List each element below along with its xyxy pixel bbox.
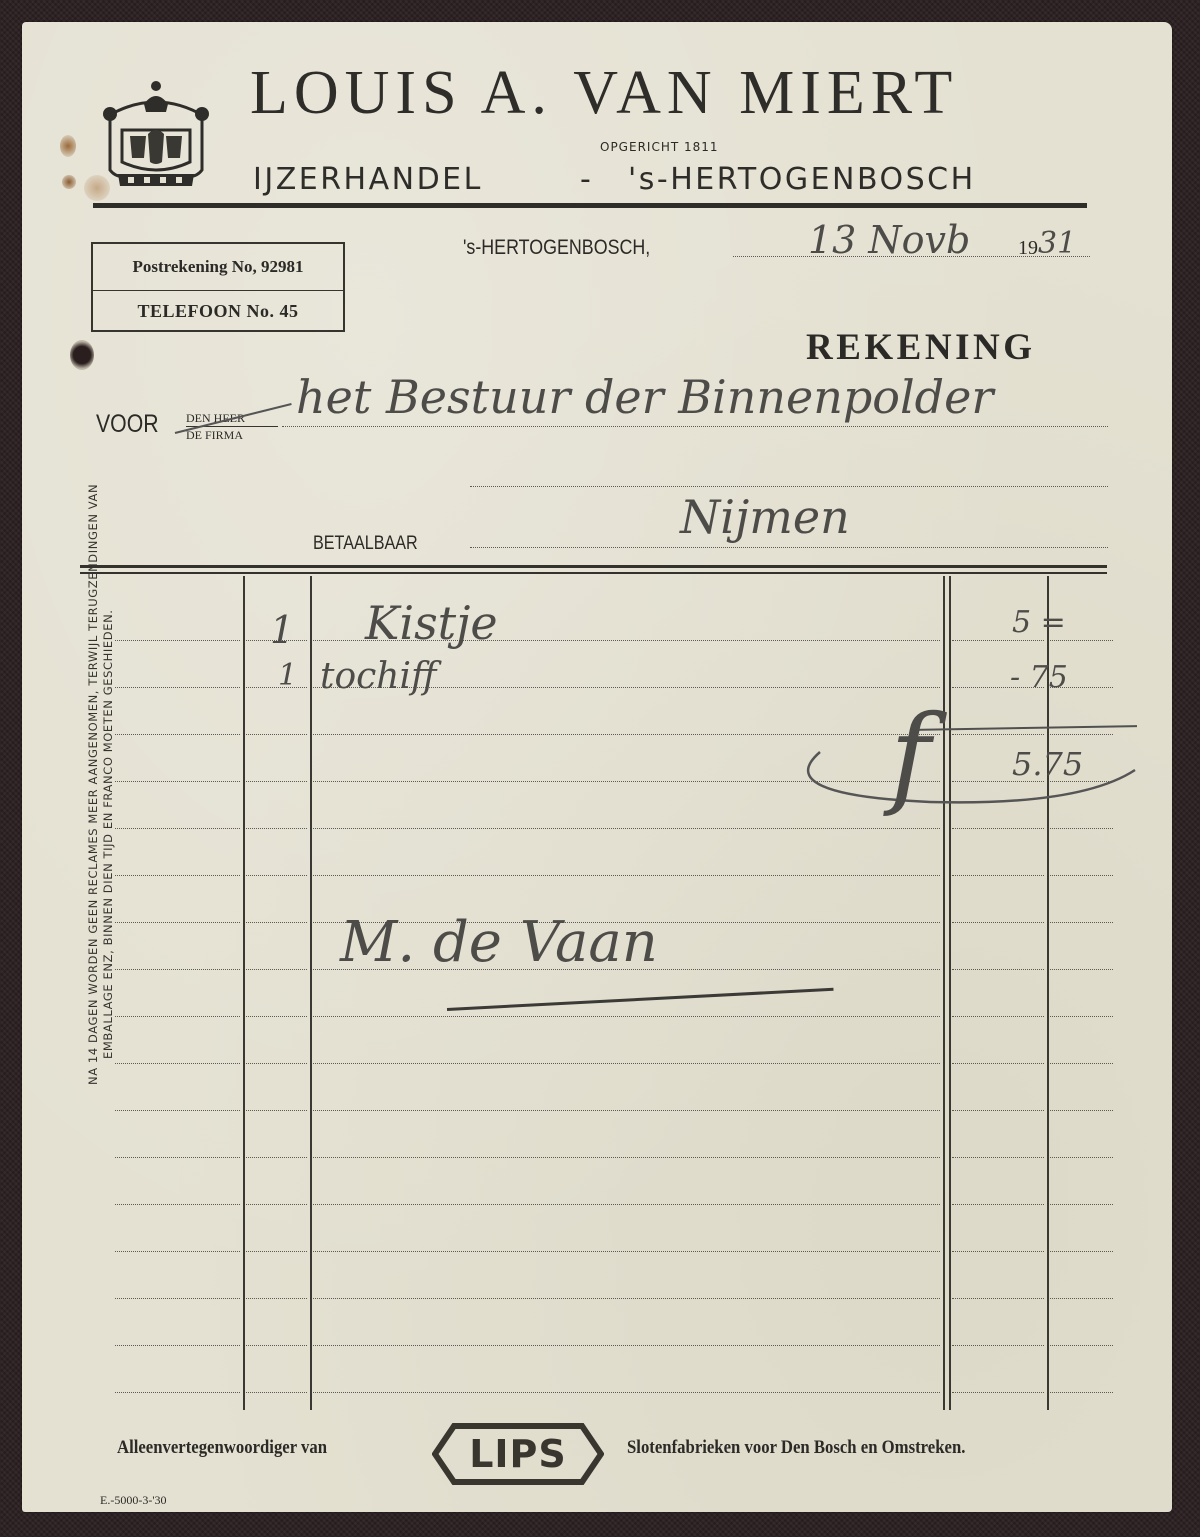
- table-row-dotted-line: [1050, 922, 1113, 923]
- table-row-dotted-line: [313, 1392, 940, 1393]
- table-row-dotted-line: [246, 1392, 307, 1393]
- handwritten-location: Nijmen: [680, 490, 850, 544]
- table-row-dotted-line: [115, 1204, 240, 1205]
- table-row-dotted-line: [115, 1392, 240, 1393]
- table-row-dotted-line: [246, 875, 307, 876]
- lips-logo: LIPS: [432, 1423, 604, 1485]
- handwritten-recipient-name: het Bestuur der Binnenpolder: [296, 370, 993, 424]
- table-row-dotted-line: [313, 1157, 940, 1158]
- table-row-dotted-line: [115, 1016, 240, 1017]
- table-row-dotted-line: [1050, 1016, 1113, 1017]
- table-row-dotted-line: [246, 828, 307, 829]
- table-row-dotted-line: [115, 1063, 240, 1064]
- item-1-quantity: 1: [270, 608, 294, 652]
- table-row-dotted-line: [115, 1298, 240, 1299]
- table-row-dotted-line: [246, 781, 307, 782]
- table-row-dotted-line: [115, 734, 240, 735]
- table-row-dotted-line: [313, 1298, 940, 1299]
- handwritten-year: 31: [1038, 226, 1076, 261]
- lock-factories-text: Slotenfabrieken voor Den Bosch en Omstre…: [627, 1437, 965, 1459]
- table-row-dotted-line: [246, 969, 307, 970]
- table-top-rule: [80, 565, 1107, 568]
- returns-policy-note: NA 14 DAGEN WORDEN GEEN RECLAMES MEER AA…: [86, 585, 116, 1085]
- table-row-dotted-line: [115, 781, 240, 782]
- rust-stain: [60, 135, 76, 157]
- table-row-dotted-line: [952, 875, 1044, 876]
- table-row-dotted-line: [952, 1157, 1044, 1158]
- description-column-divider: [310, 576, 312, 1410]
- document-title: REKENING: [806, 326, 1035, 369]
- postal-account-number: Postrekening No, 92981: [93, 244, 343, 291]
- table-row-dotted-line: [246, 1298, 307, 1299]
- item-1-amount: 5 =: [1012, 605, 1066, 640]
- table-row-dotted-line: [1050, 969, 1113, 970]
- payable-dotted-line: [470, 547, 1108, 548]
- table-row-dotted-line: [246, 687, 307, 688]
- amount-column-divider: [943, 576, 945, 1410]
- table-row-dotted-line: [115, 922, 240, 923]
- rust-stain: [62, 175, 76, 189]
- trade-description: IJZERHANDEL: [253, 162, 483, 197]
- account-info-box: Postrekening No, 92981 TELEFOON No. 45: [91, 242, 345, 332]
- table-row-dotted-line: [313, 828, 940, 829]
- table-row-dotted-line: [952, 1063, 1044, 1064]
- print-run-code: E.-5000-3-'30: [100, 1493, 166, 1508]
- table-row-dotted-line: [115, 1110, 240, 1111]
- handwritten-date: 13 Novb: [808, 218, 970, 262]
- table-row-dotted-line: [952, 1251, 1044, 1252]
- payable-label: BETAALBAAR: [313, 533, 418, 555]
- recipient-option-de-firma: DE FIRMA: [186, 428, 243, 443]
- table-row-dotted-line: [952, 1016, 1044, 1017]
- table-row-dotted-line: [1050, 1157, 1113, 1158]
- table-row-dotted-line: [246, 1110, 307, 1111]
- table-row-dotted-line: [952, 1392, 1044, 1393]
- table-row-dotted-line: [952, 1110, 1044, 1111]
- table-row-dotted-line: [313, 1110, 940, 1111]
- table-row-dotted-line: [952, 1298, 1044, 1299]
- sole-representative-text: Alleenvertegenwoordiger van: [117, 1437, 327, 1459]
- total-amount: 5.75: [1012, 745, 1083, 783]
- header-separator: -: [580, 162, 591, 197]
- item-2-amount: - 75: [1010, 660, 1068, 695]
- table-row-dotted-line: [1050, 1345, 1113, 1346]
- table-row-dotted-line: [313, 1204, 940, 1205]
- table-row-dotted-line: [1050, 1110, 1113, 1111]
- table-row-dotted-line: [246, 922, 307, 923]
- table-row-dotted-line: [313, 1345, 940, 1346]
- table-row-dotted-line: [246, 1345, 307, 1346]
- table-row-dotted-line: [1050, 640, 1113, 641]
- table-row-dotted-line: [952, 734, 1044, 735]
- table-row-dotted-line: [952, 828, 1044, 829]
- table-row-dotted-line: [952, 1204, 1044, 1205]
- royal-coat-of-arms-icon: [96, 78, 216, 190]
- table-row-dotted-line: [952, 922, 1044, 923]
- recipient-label: VOOR: [96, 410, 159, 439]
- punch-hole: [70, 340, 94, 370]
- table-row-dotted-line: [313, 734, 940, 735]
- table-row-dotted-line: [246, 1157, 307, 1158]
- table-row-dotted-line: [115, 1345, 240, 1346]
- table-row-dotted-line: [1050, 1204, 1113, 1205]
- returns-policy-line-2: EMBALLAGE ENZ, BINNEN DIEN TIJD EN FRANC…: [101, 585, 116, 1085]
- table-row-dotted-line: [313, 1063, 940, 1064]
- table-row-dotted-line: [1050, 875, 1113, 876]
- table-row-dotted-line: [246, 1204, 307, 1205]
- table-row-dotted-line: [115, 875, 240, 876]
- amount-column-divider-double: [949, 576, 951, 1410]
- returns-policy-line-1: NA 14 DAGEN WORDEN GEEN RECLAMES MEER AA…: [86, 585, 101, 1085]
- table-row-dotted-line: [1050, 1298, 1113, 1299]
- cents-column-divider: [1047, 576, 1049, 1410]
- table-row-dotted-line: [1050, 1063, 1113, 1064]
- table-row-dotted-line: [246, 1063, 307, 1064]
- table-row-dotted-line: [115, 687, 240, 688]
- date-year-prefix: 19: [1018, 237, 1038, 260]
- table-row-dotted-line: [952, 640, 1044, 641]
- recipient-dotted-line-2: [470, 486, 1108, 487]
- table-row-dotted-line: [115, 1157, 240, 1158]
- table-top-rule-thin: [80, 572, 1107, 574]
- table-row-dotted-line: [246, 1016, 307, 1017]
- company-city: 's-HERTOGENBOSCH: [628, 162, 976, 197]
- currency-florin-symbol: f: [890, 700, 931, 810]
- item-1-description: Kistje: [365, 596, 498, 650]
- total-enclosure-oval: [780, 740, 1140, 810]
- company-name: LOUIS A. VAN MIERT: [250, 62, 958, 124]
- table-row-dotted-line: [313, 1251, 940, 1252]
- table-row-dotted-line: [313, 1016, 940, 1017]
- quantity-column-divider: [243, 576, 245, 1410]
- table-row-dotted-line: [246, 734, 307, 735]
- item-2-description: tochiff: [320, 656, 437, 697]
- header-rule: [93, 203, 1087, 208]
- table-row-dotted-line: [313, 875, 940, 876]
- telephone-number: TELEFOON No. 45: [93, 291, 343, 331]
- table-row-dotted-line: [1050, 1392, 1113, 1393]
- table-row-dotted-line: [1050, 1251, 1113, 1252]
- handwritten-signature: M. de Vaan: [340, 910, 658, 975]
- table-row-dotted-line: [952, 969, 1044, 970]
- table-row-dotted-line: [115, 969, 240, 970]
- recipient-dotted-line-1: [282, 426, 1108, 427]
- table-row-dotted-line: [115, 1251, 240, 1252]
- item-2-quantity: 1: [278, 658, 297, 693]
- table-row-dotted-line: [115, 640, 240, 641]
- founded-year: OPGERICHT 1811: [600, 140, 719, 154]
- table-row-dotted-line: [115, 828, 240, 829]
- table-row-dotted-line: [1050, 734, 1113, 735]
- table-row-dotted-line: [952, 1345, 1044, 1346]
- table-row-dotted-line: [246, 1251, 307, 1252]
- date-place-label: 's-HERTOGENBOSCH,: [463, 236, 650, 260]
- table-row-dotted-line: [1050, 828, 1113, 829]
